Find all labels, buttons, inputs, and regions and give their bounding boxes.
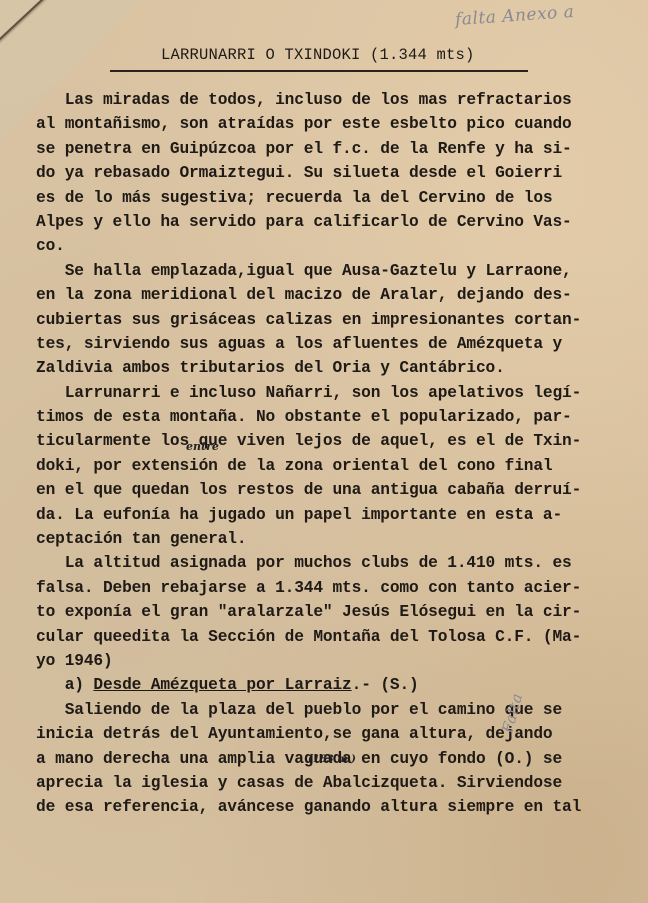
text-line: tes, sirviendo sus aguas a los afluentes… [36,332,648,356]
text-line: co. [36,234,648,258]
text-line: Saliendo de la plaza del pueblo por el c… [36,698,648,722]
text-line: de esa referencia, aváncese ganando altu… [36,795,648,819]
scanned-page: falta Anexo a LARRUNARRI O TXINDOKI (1.3… [0,0,648,903]
text-line: aprecia la iglesia y casas de Abalcizque… [36,771,648,795]
text-line: Zaldivia ambos tributarios del Oria y Ca… [36,356,648,380]
typed-body: Las miradas de todos, incluso de los mas… [36,88,648,820]
page-title: LARRUNARRI O TXINDOKI (1.344 mts) [161,46,475,64]
text-line: da. La eufonía ha jugado un papel import… [36,503,648,527]
pencil-note-top: falta Anexo a [454,2,574,30]
text-line: a) Desde Amézqueta por Larraiz.- (S.) [36,673,648,697]
text-line: Alpes y ello ha servido para calificarlo… [36,210,648,234]
text-line: Larrunarri e incluso Nañarri, son los ap… [36,381,648,405]
handwritten-altitude: (183 m.) [308,754,356,765]
text-line: cular queedita la Sección de Montaña del… [36,625,648,649]
text-line: timos de esta montaña. No obstante el po… [36,405,648,429]
text-line: ceptación tan general. [36,527,648,551]
text-line: do ya rebasado Ormaiztegui. Su silueta d… [36,161,648,185]
text-line: cubiertas sus grisáceas calizas en impre… [36,308,648,332]
text-line: en la zona meridional del macizo de Aral… [36,283,648,307]
text-line: doki, por extensión de la zona oriental … [36,454,648,478]
text-line: ticularmente los que viven lejos de aque… [36,429,648,453]
text-line: to exponía el gran "aralarzale" Jesús El… [36,600,648,624]
text-line: Las miradas de todos, incluso de los mas… [36,88,648,112]
text-line: La altitud asignada por muchos clubs de … [36,551,648,575]
text-line: falsa. Deben rebajarse a 1.344 mts. como… [36,576,648,600]
handwritten-insert: entre [186,440,219,453]
text-line: se penetra en Guipúzcoa por el f.c. de l… [36,137,648,161]
text-line: yo 1946) [36,649,648,673]
text-line: al montañismo, son atraídas por este esb… [36,112,648,136]
title-underline [110,70,528,72]
text-line: en el que quedan los restos de una antig… [36,478,648,502]
text-line: Se halla emplazada,igual que Ausa-Gaztel… [36,259,648,283]
text-line: es de lo más sugestiva; recuerda la del … [36,186,648,210]
text-line: inicia detrás del Ayuntamiento,se gana a… [36,722,648,746]
